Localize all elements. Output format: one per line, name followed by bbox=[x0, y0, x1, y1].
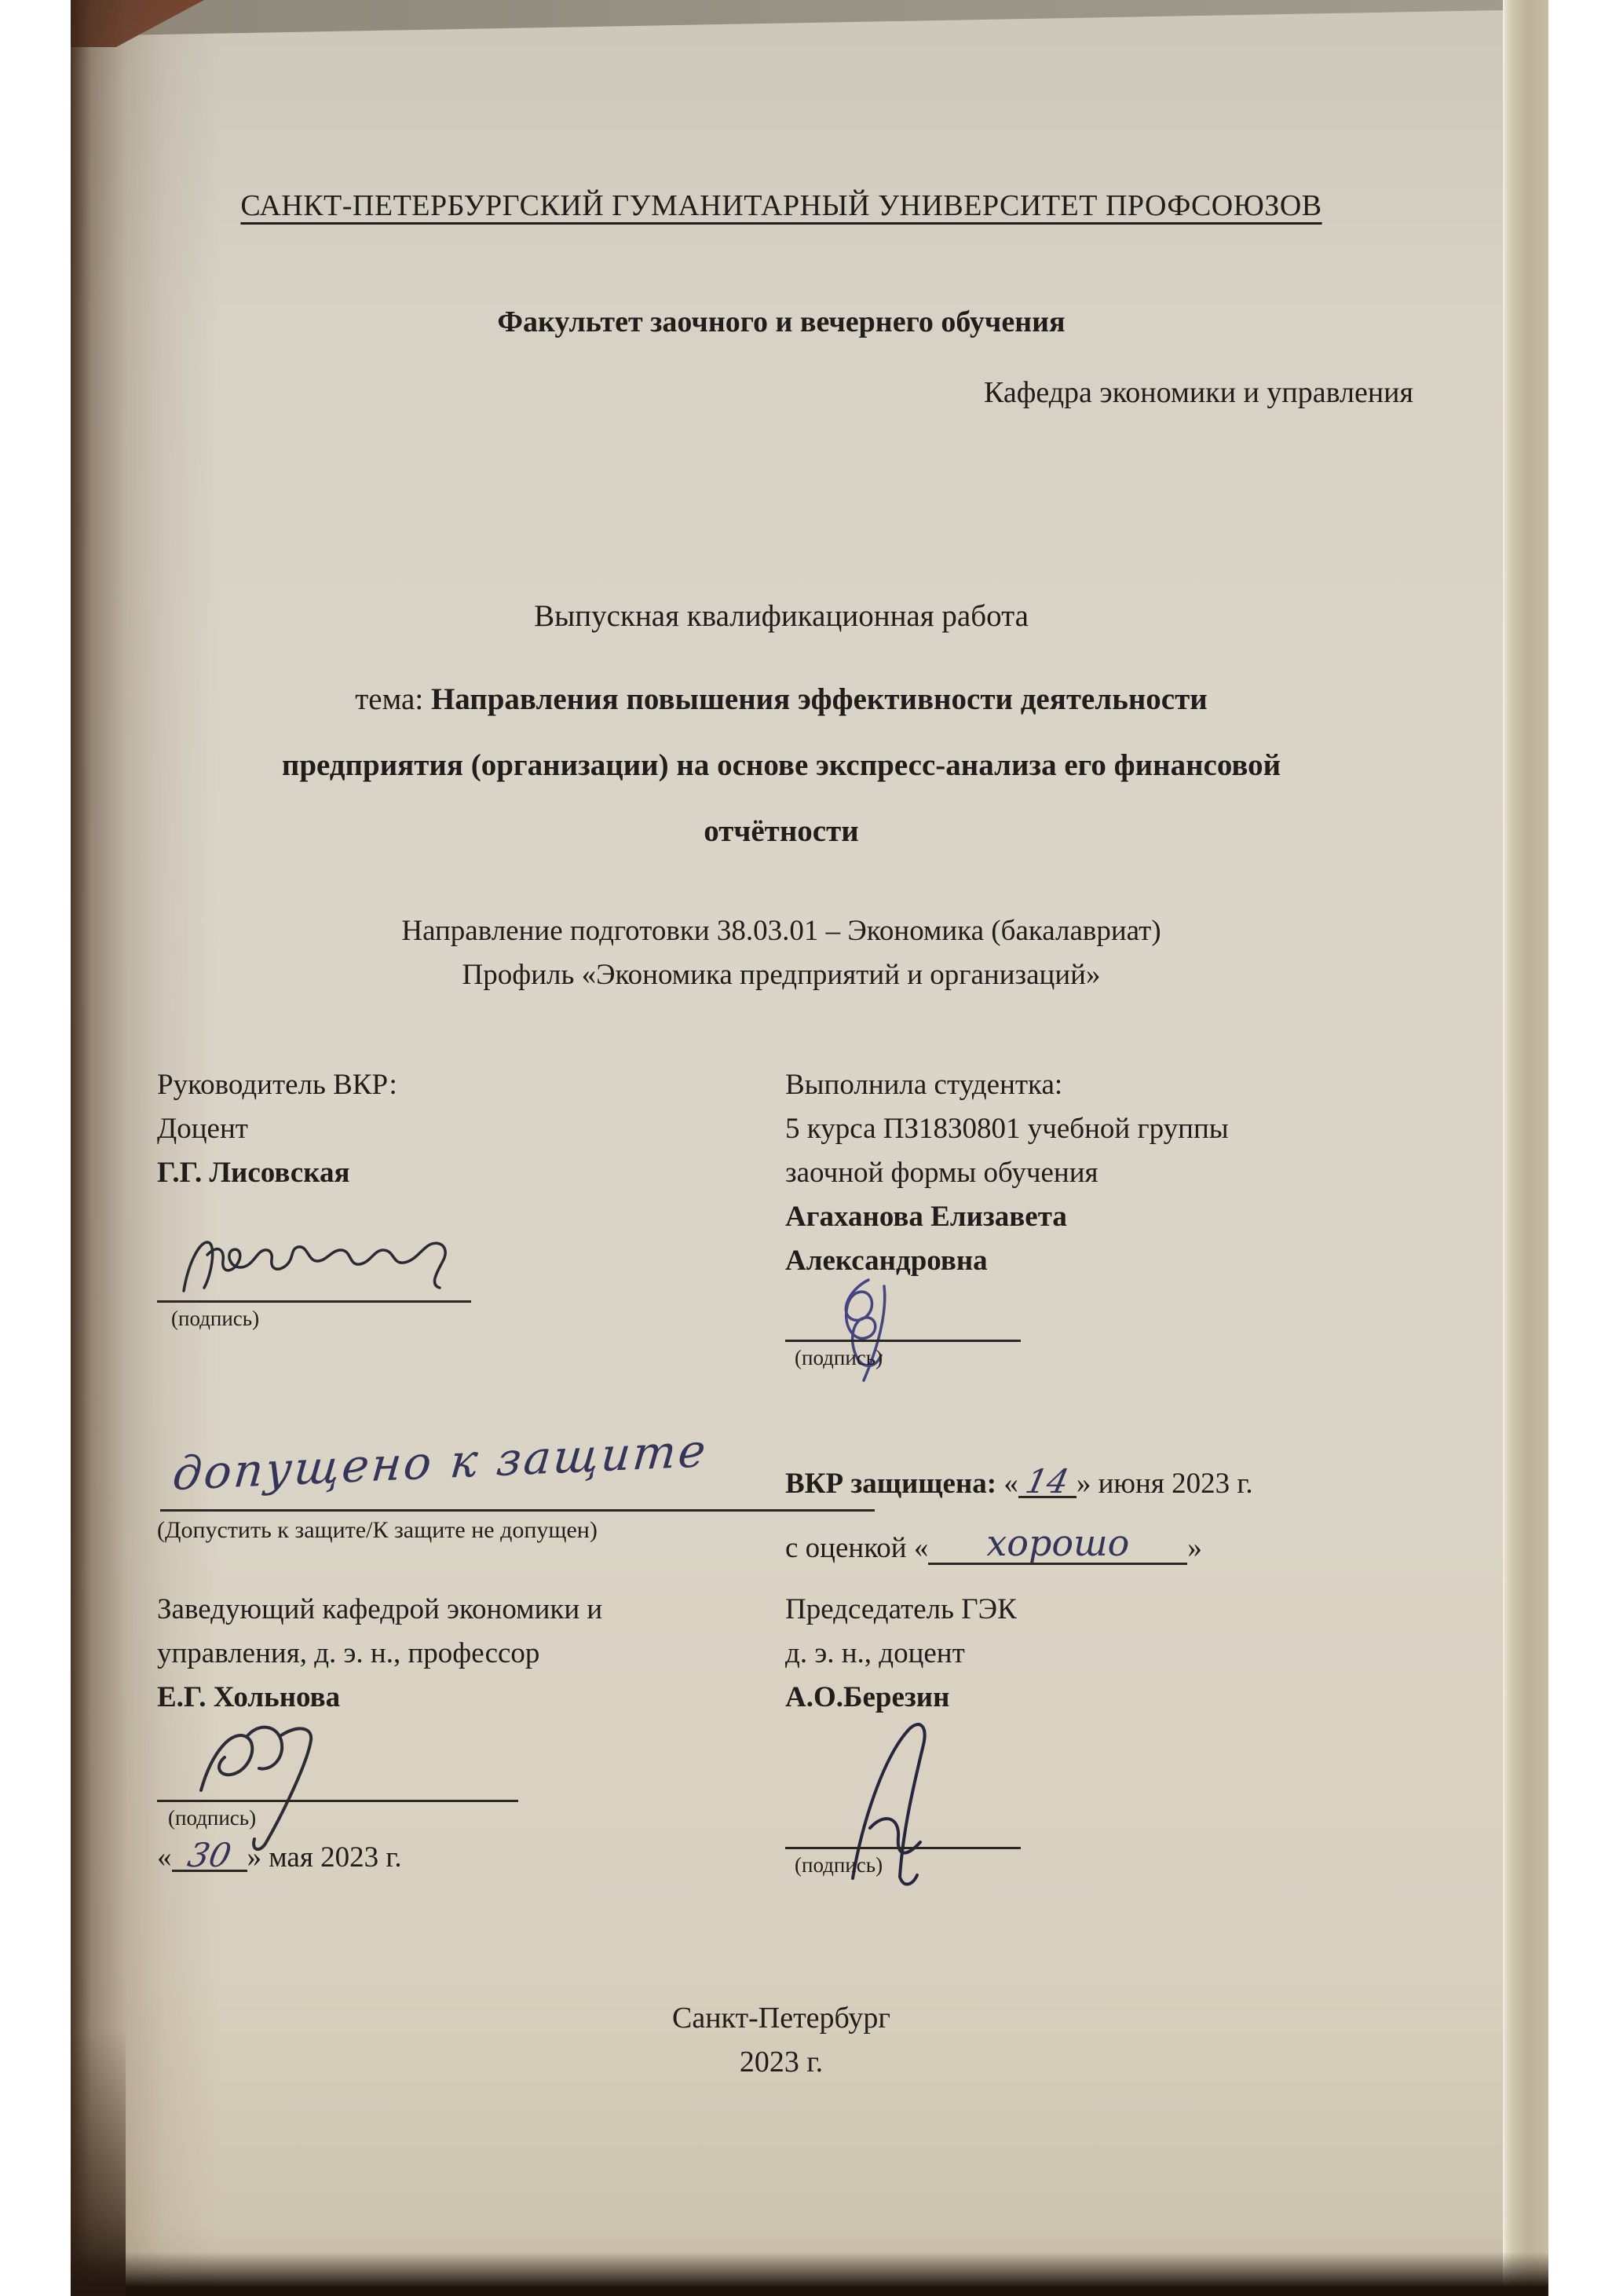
admission-caption: (Допустить к защите/К защите не допущен) bbox=[157, 1517, 598, 1544]
theme-line-1: тема: Направления повышения эффективност… bbox=[149, 682, 1413, 717]
supervisor-position: Доцент bbox=[157, 1112, 248, 1146]
student-group-1: 5 курса ПЗ1830801 учебной группы bbox=[785, 1112, 1229, 1146]
student-signature bbox=[802, 1266, 912, 1391]
grade-quote-open: « bbox=[914, 1532, 929, 1564]
admission-handwritten: допущено к защите bbox=[170, 1424, 711, 1501]
theme-line-3: отчётности bbox=[149, 813, 1413, 849]
head-dept-line-2: управления, д. э. н., профессор bbox=[157, 1636, 539, 1670]
head-date-quote-open: « bbox=[157, 1841, 172, 1874]
supervisor-role: Руководитель ВКР: bbox=[157, 1068, 397, 1102]
department-line: Кафедра экономики и управления bbox=[149, 375, 1413, 410]
document-photo: САНКТ-ПЕТЕРБУРГСКИЙ ГУМАНИТАРНЫЙ УНИВЕРС… bbox=[0, 0, 1623, 2296]
student-signature-line bbox=[785, 1340, 1021, 1342]
student-sign-caption: (подпись) bbox=[795, 1346, 883, 1370]
defense-day-handwritten: 14 bbox=[1024, 1470, 1071, 1493]
gek-line-1: Председатель ГЭК bbox=[785, 1592, 1017, 1626]
defense-label: ВКР защищена: bbox=[785, 1468, 996, 1500]
defense-line: ВКР защищена: «14» июня 2023 г. bbox=[785, 1467, 1253, 1501]
supervisor-name: Г.Г. Лисовская bbox=[157, 1156, 350, 1190]
defense-quote-close: » bbox=[1077, 1468, 1091, 1500]
student-name-1: Агаханова Елизавета bbox=[785, 1200, 1067, 1234]
gek-sign-caption: (подпись) bbox=[795, 1853, 883, 1877]
theme-prefix: тема: bbox=[355, 682, 423, 716]
gek-name: А.О.Березин bbox=[785, 1680, 949, 1714]
grade-quote-close: » bbox=[1187, 1532, 1202, 1564]
head-date-rest: » мая 2023 г. bbox=[247, 1841, 402, 1874]
gek-signature-line bbox=[785, 1847, 1021, 1849]
grade-label: с оценкой bbox=[785, 1532, 907, 1564]
head-dept-date: «30» мая 2023 г. bbox=[157, 1841, 402, 1874]
footer-city: Санкт-Петербург bbox=[149, 2001, 1413, 2035]
title-page: САНКТ-ПЕТЕРБУРГСКИЙ ГУМАНИТАРНЫЙ УНИВЕРС… bbox=[71, 0, 1548, 2296]
supervisor-sign-caption: (подпись) bbox=[171, 1307, 259, 1331]
head-dept-signature-line bbox=[157, 1800, 518, 1802]
grade-handwritten: хорошо bbox=[986, 1522, 1129, 1564]
direction-line: Направление подготовки 38.03.01 – Эконом… bbox=[149, 914, 1413, 948]
profile-line: Профиль «Экономика предприятий и организ… bbox=[149, 958, 1413, 992]
student-role: Выполнила студентка: bbox=[785, 1068, 1062, 1102]
faculty-line: Факультет заочного и вечернего обучения bbox=[149, 305, 1413, 339]
supervisor-signature-line bbox=[157, 1300, 471, 1303]
head-dept-sign-caption: (подпись) bbox=[168, 1806, 256, 1830]
grade-line: с оценкой «хорошо» bbox=[785, 1522, 1202, 1565]
head-dept-line-1: Заведующий кафедрой экономики и bbox=[157, 1592, 602, 1626]
head-date-day-handwritten: 30 bbox=[186, 1844, 233, 1867]
theme-text-1: Направления повышения эффективности деят… bbox=[431, 682, 1208, 716]
defense-date-rest: июня 2023 г. bbox=[1091, 1468, 1252, 1500]
university-title: САНКТ-ПЕТЕРБУРГСКИЙ ГУМАНИТАРНЫЙ УНИВЕРС… bbox=[149, 188, 1413, 223]
supervisor-signature bbox=[173, 1216, 471, 1310]
theme-line-2: предприятия (организации) на основе эксп… bbox=[149, 748, 1413, 783]
student-group-2: заочной формы обучения bbox=[785, 1156, 1098, 1190]
page-block-edge bbox=[1503, 0, 1548, 2296]
bottom-left-shadow bbox=[71, 2029, 126, 2296]
admission-line bbox=[160, 1509, 875, 1512]
footer-year: 2023 г. bbox=[149, 2045, 1413, 2079]
gek-line-2: д. э. н., доцент bbox=[785, 1636, 965, 1670]
defense-quote-open: « bbox=[1003, 1468, 1018, 1500]
work-type: Выпускная квалификационная работа bbox=[149, 598, 1413, 634]
